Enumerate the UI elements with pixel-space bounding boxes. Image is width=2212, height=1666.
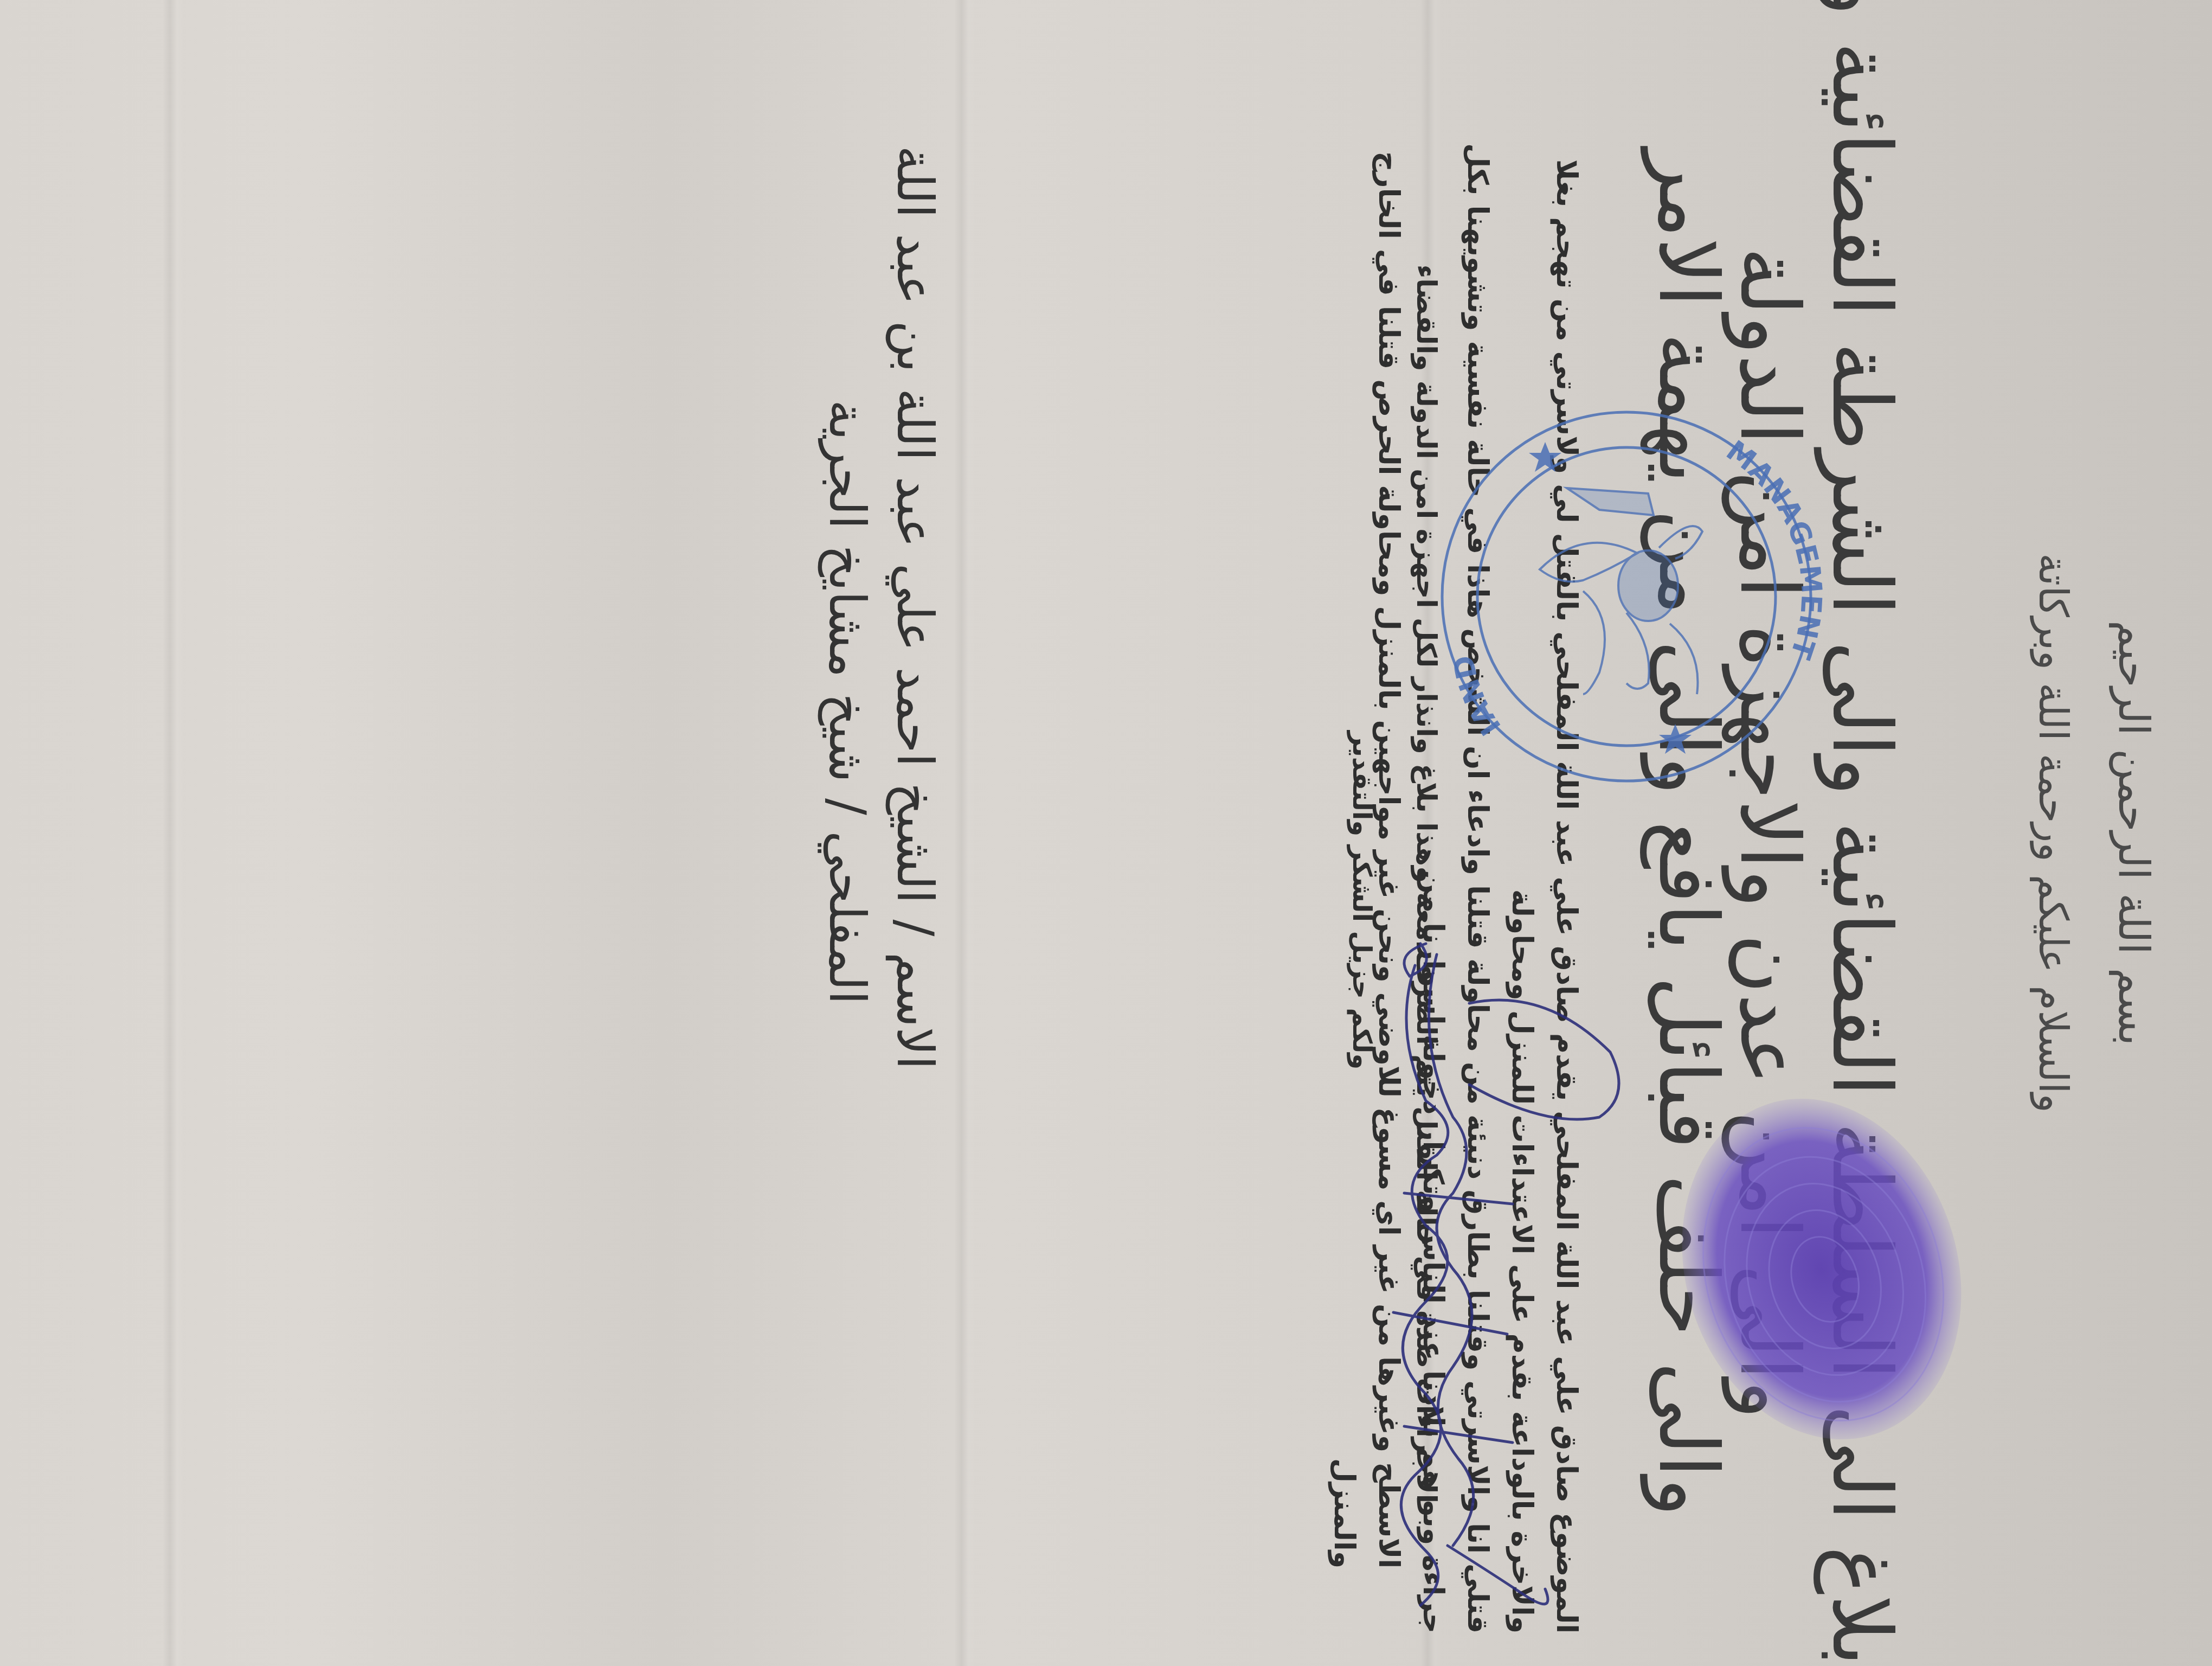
signatory-name: الاسم / الشيخ احمد علي عبد اللة بن عبد ا… [881, 145, 949, 1069]
signatory-title: المفلحي / شيخ مشايخ الجرية [813, 145, 881, 1069]
svg-text:IAND: IAND [1447, 652, 1507, 741]
official-stamp: IAND MANAGEMENT [1420, 390, 1832, 803]
fingerprint [1654, 1074, 1990, 1464]
eagle-emblem-icon [1540, 488, 1702, 694]
svg-text:MANAGEMENT: MANAGEMENT [1720, 434, 1828, 663]
stamp-text-right: MANAGEMENT [1720, 434, 1828, 663]
basmala: بسم اللة الرحمن الرحيم [2109, 0, 2158, 1666]
stamp-text-left: IAND [1447, 652, 1507, 741]
salutation: والسلام عليكم ورحمة اللة وبركاتة [2030, 0, 2076, 1666]
signatory-block: الاسم / الشيخ احمد علي عبد اللة بن عبد ا… [813, 145, 949, 1069]
